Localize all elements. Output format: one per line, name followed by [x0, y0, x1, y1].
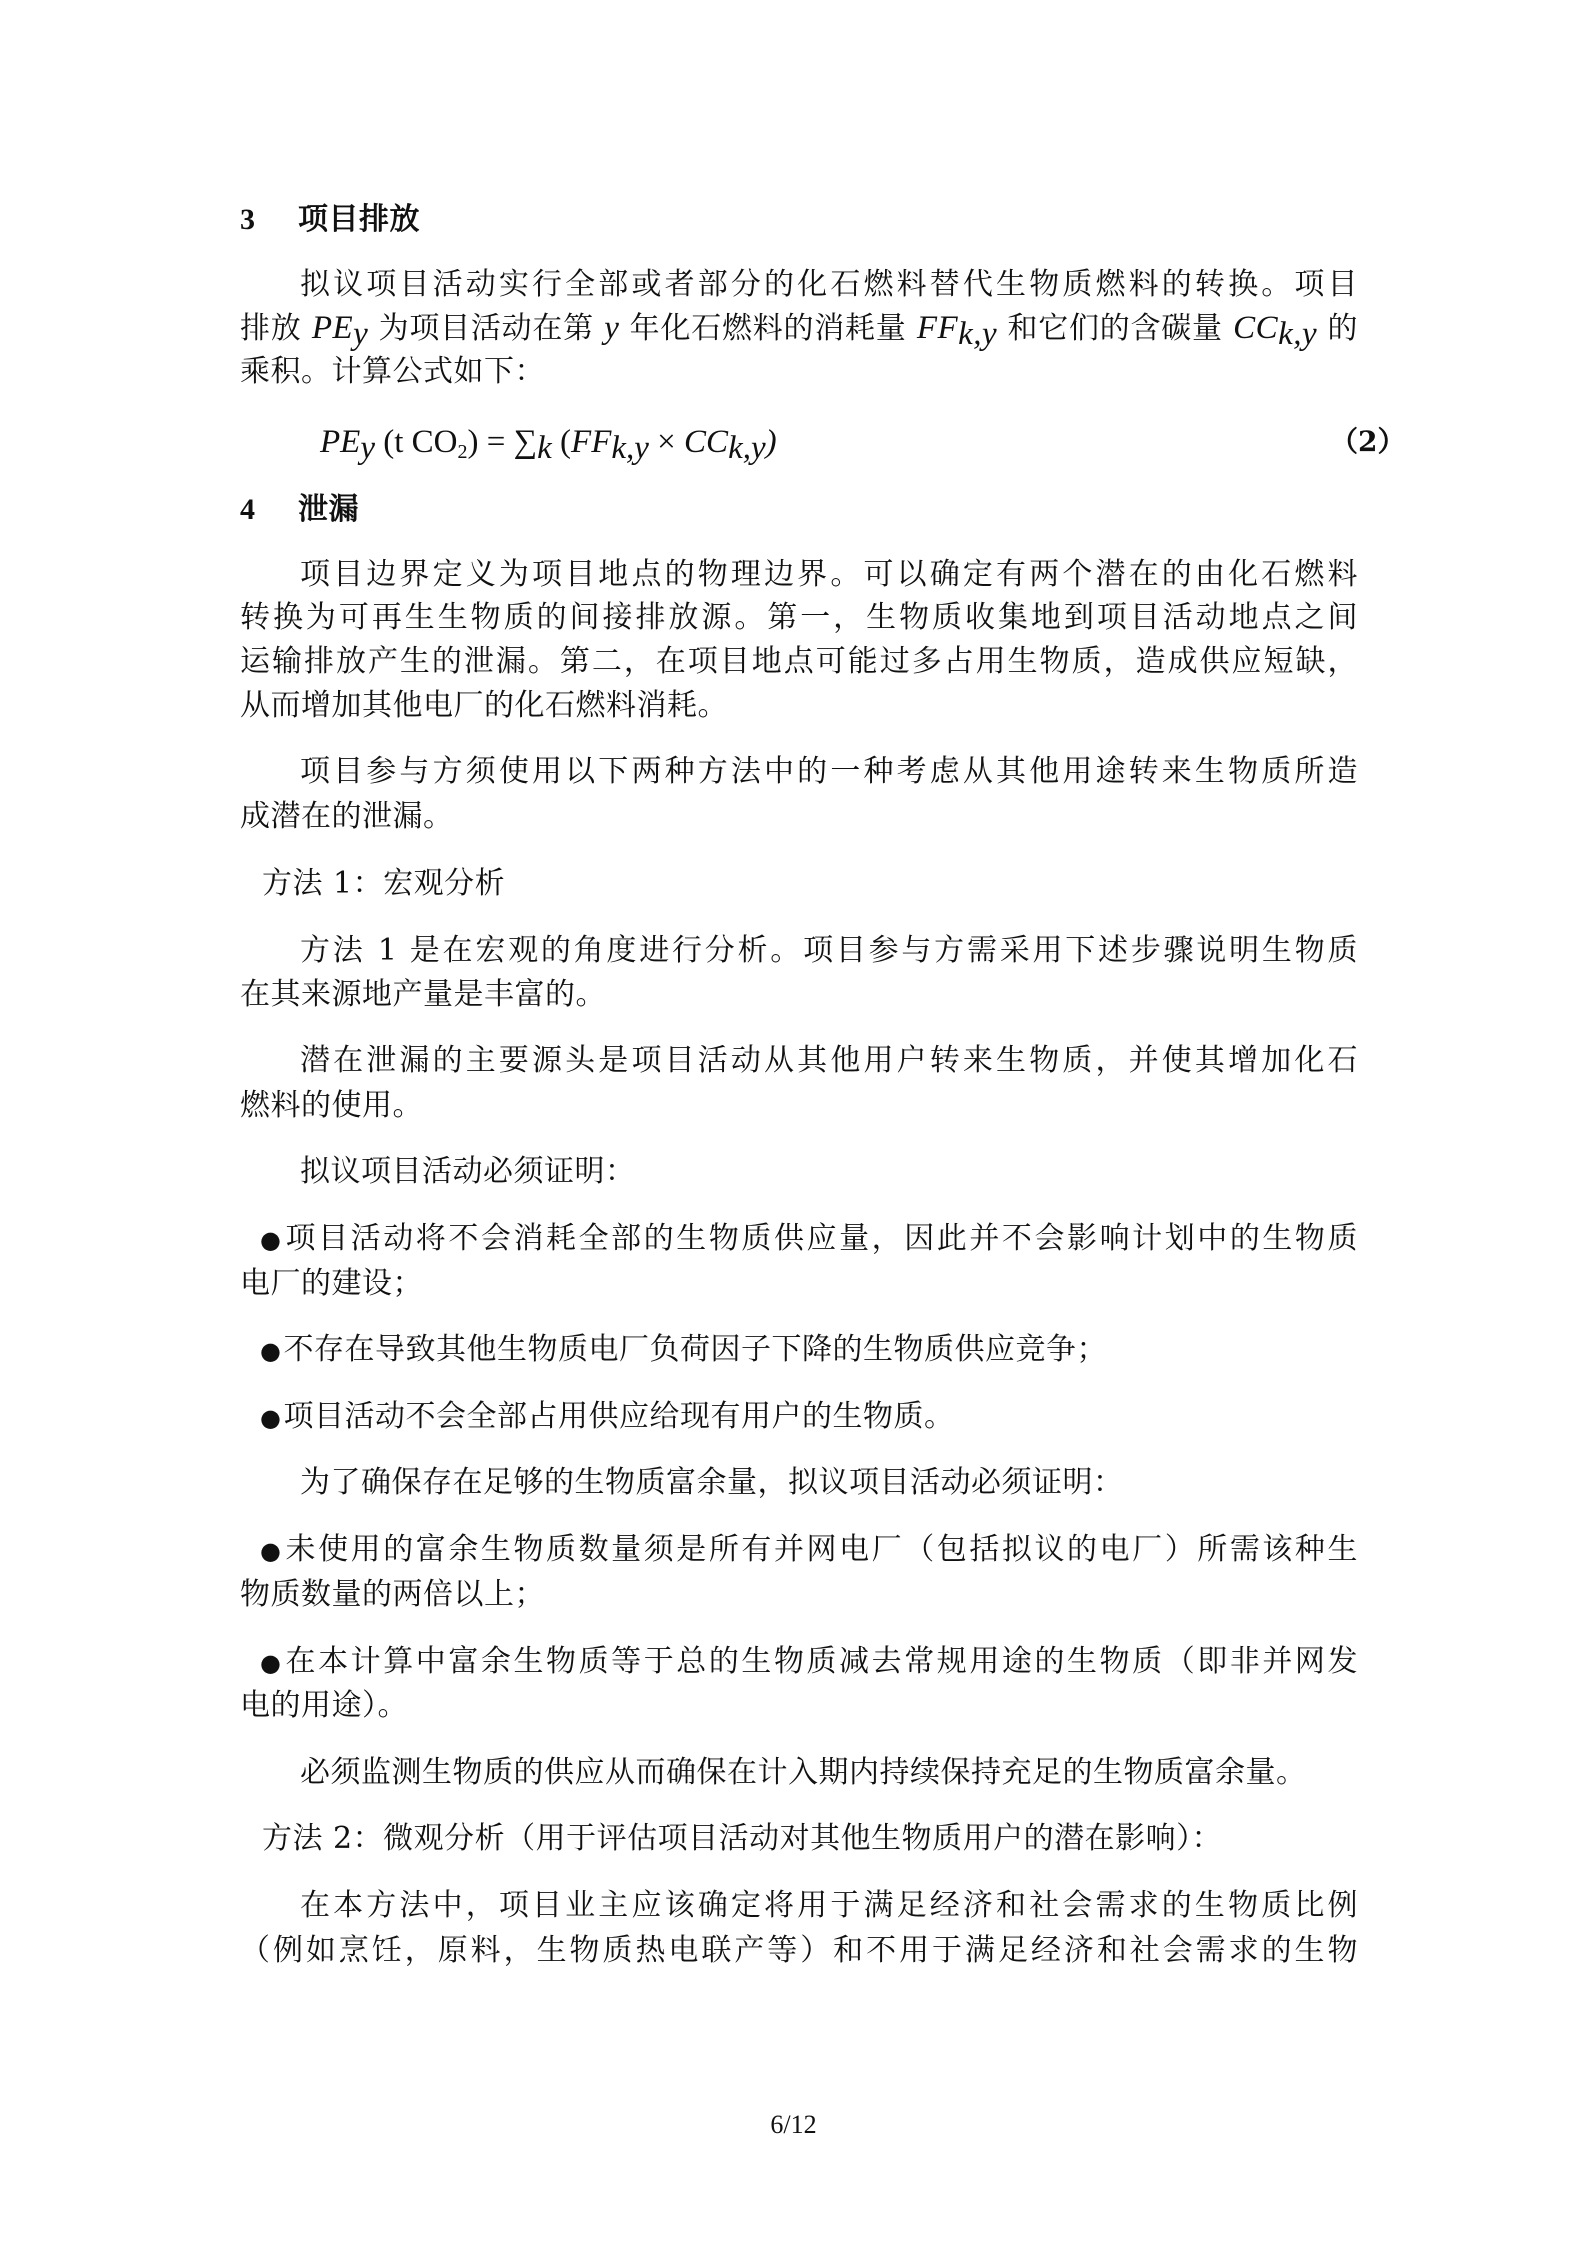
paragraph-line: 排放 PEy 为项目活动在第 y 年化石燃料的消耗量 FFk,y 和它们的含碳量…	[240, 308, 1358, 349]
text: (	[552, 424, 571, 460]
page-number: 6/12	[0, 2110, 1587, 2140]
text: 排放	[240, 311, 312, 346]
paragraph-line: 成潜在的泄漏。	[240, 797, 454, 837]
var-CC: CC	[684, 424, 728, 460]
bullet-item: ●未使用的富余生物质数量须是所有并网电厂（包括拟议的电厂）所需该种生	[240, 1530, 1358, 1571]
bullet-item: ●项目活动不会全部占用供应给现有用户的生物质。	[240, 1397, 954, 1438]
bullet-item: ●在本计算中富余生物质等于总的生物质减去常规用途的生物质（即非并网发	[240, 1642, 1358, 1683]
var-FF: FF	[571, 424, 611, 460]
bullet-item: ●不存在导致其他生物质电厂负荷因子下降的生物质供应竞争；	[240, 1330, 1107, 1371]
bullet-icon: ●	[260, 1649, 284, 1677]
text: 和它们的含碳量	[997, 311, 1233, 346]
section-number: 4	[240, 490, 298, 530]
bullet-icon: ●	[260, 1404, 281, 1432]
section-title: 泄漏	[298, 492, 359, 527]
paragraph-line: 项目参与方须使用以下两种方法中的一种考虑从其他用途转来生物质所造	[240, 752, 1358, 792]
method-1-heading: 方法 1：宏观分析	[240, 864, 505, 904]
paragraph-line: 电厂的建设；	[240, 1264, 423, 1304]
subscript: y	[360, 430, 375, 466]
paragraph-line: 拟议项目活动实行全部或者部分的化石燃料替代生物质燃料的转换。项目	[240, 265, 1358, 305]
paragraph-line: 电的用途）。	[240, 1686, 408, 1726]
paragraph-line: 在本方法中，项目业主应该确定将用于满足经济和社会需求的生物质比例	[240, 1886, 1358, 1926]
text: 的	[1317, 311, 1358, 346]
text: ×	[649, 424, 684, 460]
subscript: 2	[457, 441, 467, 463]
subscript: k,y	[958, 316, 997, 352]
paragraph-line: 项目边界定义为项目地点的物理边界。可以确定有两个潜在的由化石燃料	[240, 555, 1358, 595]
paragraph-line: 拟议项目活动必须证明：	[240, 1152, 636, 1192]
paragraph-line: 从而增加其他电厂的化石燃料消耗。	[240, 686, 728, 726]
section-heading-3: 3项目排放	[240, 200, 420, 240]
bullet-item: ●项目活动将不会消耗全部的生物质供应量，因此并不会影响计划中的生物质	[240, 1219, 1358, 1260]
subscript: y	[353, 316, 368, 352]
equation-number: （2）	[1330, 420, 1405, 464]
bullet-text: 项目活动不会全部占用供应给现有用户的生物质。	[283, 1399, 954, 1434]
subscript: k,y	[1278, 316, 1317, 352]
section-number: 3	[240, 200, 298, 240]
paragraph-line: （例如烹饪，原料，生物质热电联产等）和不用于满足经济和社会需求的生物	[240, 1931, 1358, 1971]
text: )	[766, 424, 777, 460]
subscript: k	[537, 430, 552, 466]
paragraph-line: 物质数量的两倍以上；	[240, 1575, 545, 1615]
var-CC: CC	[1233, 310, 1278, 346]
bullet-icon: ●	[260, 1226, 284, 1254]
subscript: k,y	[611, 430, 649, 466]
var-PE: PE	[312, 310, 353, 346]
text: 为项目活动在第	[368, 311, 604, 346]
var-PE: PE	[320, 424, 360, 460]
bullet-text: 在本计算中富余生物质等于总的生物质减去常规用途的生物质（即非并网发	[286, 1644, 1358, 1679]
paragraph-line: 燃料的使用。	[240, 1086, 423, 1126]
paragraph-line: 在其来源地产量是丰富的。	[240, 975, 606, 1015]
var-FF: FF	[917, 310, 958, 346]
bullet-text: 不存在导致其他生物质电厂负荷因子下降的生物质供应竞争；	[283, 1332, 1107, 1367]
paragraph-line: 潜在泄漏的主要源头是项目活动从其他用户转来生物质，并使其增加化石	[240, 1041, 1358, 1081]
var-y: y	[604, 310, 619, 346]
bullet-icon: ●	[260, 1337, 281, 1365]
subscript: k,y	[728, 430, 766, 466]
section-heading-4: 4泄漏	[240, 490, 359, 530]
paragraph-line: 转换为可再生生物质的间接排放源。第一，生物质收集地到项目活动地点之间	[240, 598, 1358, 638]
paragraph-line: 运输排放产生的泄漏。第二，在项目地点可能过多占用生物质，造成供应短缺，	[240, 642, 1358, 682]
bullet-text: 项目活动将不会消耗全部的生物质供应量，因此并不会影响计划中的生物质	[286, 1221, 1358, 1256]
text: 年化石燃料的消耗量	[619, 311, 916, 346]
method-2-heading: 方法 2：微观分析（用于评估项目活动对其他生物质用户的潜在影响）：	[240, 1819, 1222, 1859]
paragraph-line: 必须监测生物质的供应从而确保在计入期内持续保持充足的生物质富余量。	[240, 1753, 1307, 1793]
bullet-icon: ●	[260, 1537, 284, 1565]
bullet-text: 未使用的富余生物质数量须是所有并网电厂（包括拟议的电厂）所需该种生	[286, 1532, 1358, 1567]
text: (t CO	[375, 424, 458, 460]
text: ) = ∑	[467, 424, 537, 460]
paragraph-line: 方法 1 是在宏观的角度进行分析。项目参与方需采用下述步骤说明生物质	[240, 931, 1358, 971]
paragraph-line: 为了确保存在足够的生物质富余量，拟议项目活动必须证明：	[240, 1463, 1124, 1503]
paragraph-line: 乘积。计算公式如下：	[240, 352, 545, 392]
section-title: 项目排放	[298, 202, 420, 237]
equation-2: PEy (t CO2) = ∑k (FFk,y × CCk,y) （2）	[320, 420, 777, 464]
